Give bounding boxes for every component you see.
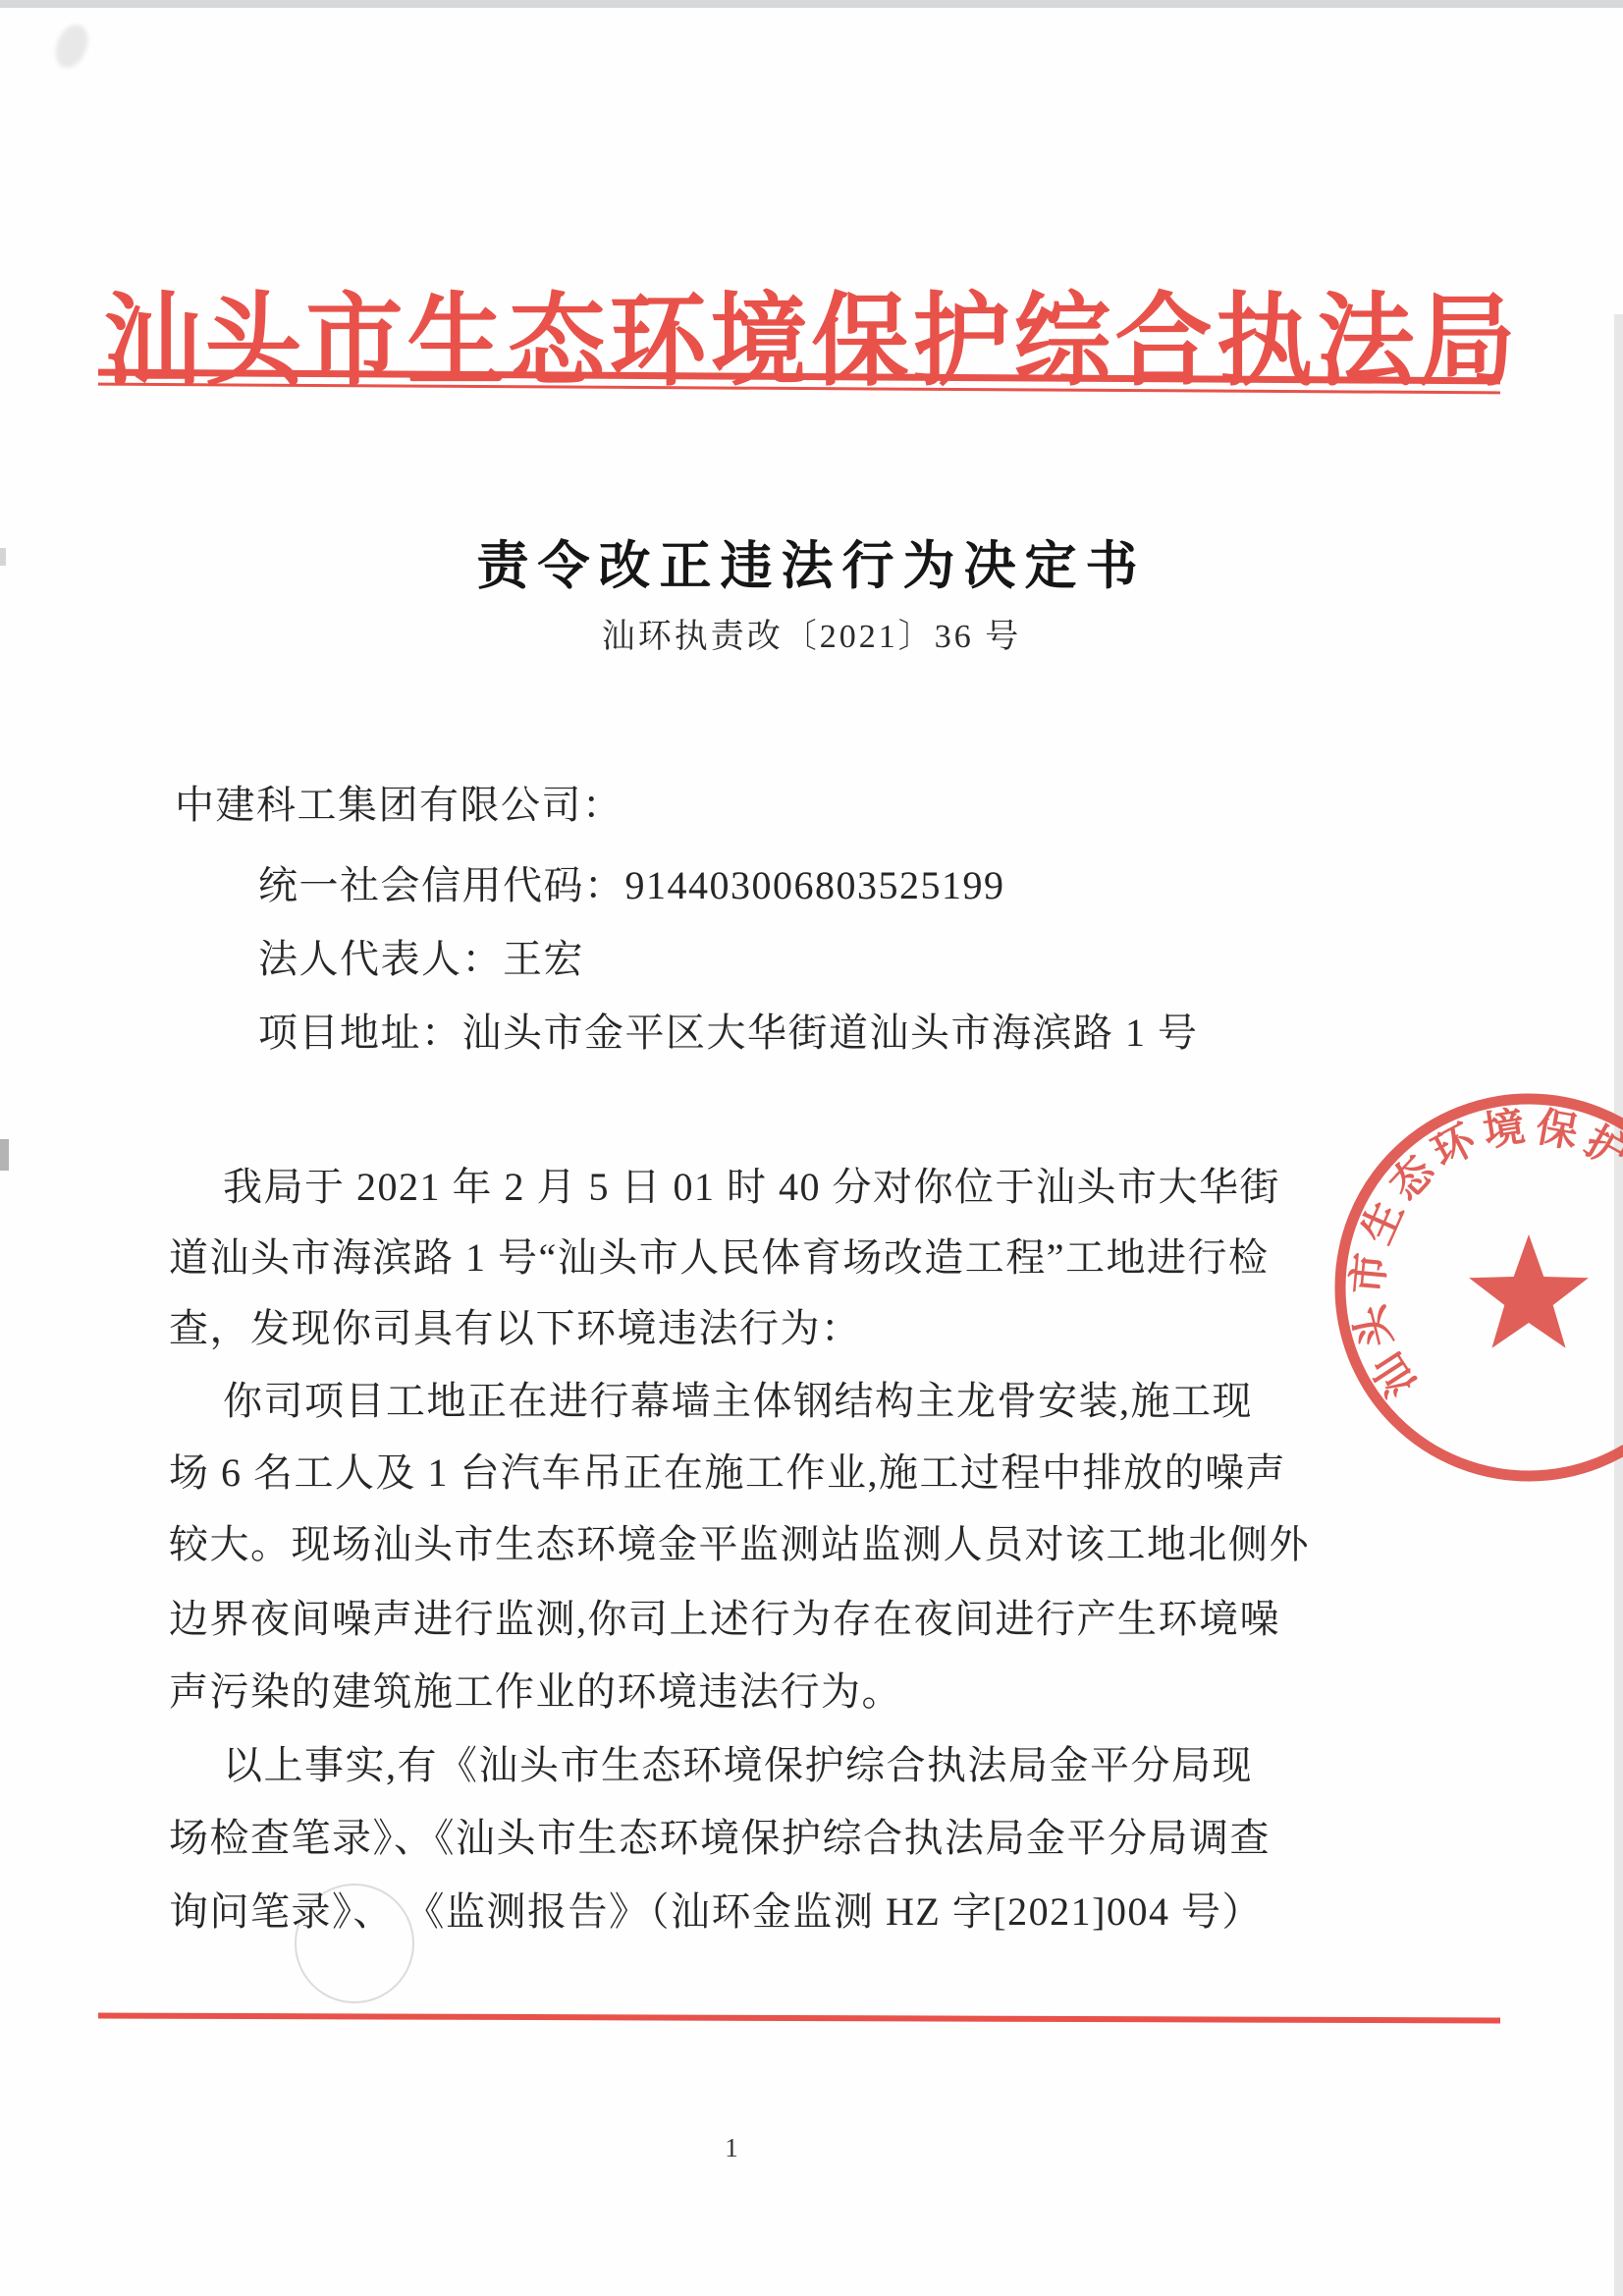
document-title: 责令改正违法行为决定书 <box>0 524 1623 599</box>
body-line: 我局于 2021 年 2 月 5 日 01 时 40 分对你位于汕头市大华街 <box>223 1165 1280 1210</box>
document-number: 汕环执责改〔2021〕36 号 <box>0 609 1623 657</box>
body-line: 查，发现你司具有以下环境违法行为： <box>169 1306 862 1351</box>
scan-artifact-left-mark <box>0 1139 9 1171</box>
body-line: 场检查笔录》、《汕头市生态环境保护综合执法局金平分局调查 <box>169 1816 1271 1861</box>
body-line: 你司项目工地正在进行幕墙主体钢结构主龙骨安装,施工现 <box>223 1379 1253 1424</box>
body-line: 场 6 名工人及 1 台汽车吊正在施工作业,施工过程中排放的噪声 <box>169 1450 1286 1496</box>
seal-star-icon <box>1469 1234 1589 1348</box>
seal-text: 汕头市生态环境保护综合执法局 <box>1345 1104 1623 1407</box>
addressee-line: 中建科工集团有限公司： <box>175 783 623 828</box>
info-line-project-address: 项目地址：汕头市金平区大华街道汕头市海滨路 1 号 <box>258 1011 1199 1056</box>
page-number: 1 <box>0 2133 1463 2163</box>
body-line: 声污染的建筑施工作业的环境违法行为。 <box>169 1669 902 1715</box>
body-line: 道汕头市海滨路 1 号“汕头市人民体育场改造工程”工地进行检 <box>169 1235 1270 1281</box>
scanned-document-page: 汕头市生态环境保护综合执法局 责令改正违法行为决定书 汕环执责改〔2021〕36… <box>0 0 1623 2296</box>
body-line: 较大。现场汕头市生态环境金平监测站监测人员对该工地北侧外 <box>169 1522 1310 1567</box>
body-line: 边界夜间噪声进行监测,你司上述行为存在夜间进行产生环境噪 <box>169 1597 1280 1642</box>
info-line-credit-code: 统一社会信用代码：914403006803525199 <box>258 863 1005 908</box>
footer-rule <box>98 2013 1500 2024</box>
info-line-legal-representative: 法人代表人：王宏 <box>258 937 584 982</box>
scan-artifact-corner-smudge <box>49 20 93 73</box>
official-seal: 汕头市生态环境保护综合执法局 <box>1318 1076 1623 1499</box>
body-line: 询问笔录》、 《监测报告》（汕环金监测 HZ 字[2021]004 号） <box>169 1889 1263 1935</box>
scan-artifact-top-edge <box>0 0 1623 8</box>
body-line: 以上事实,有《汕头市生态环境保护综合执法局金平分局现 <box>223 1743 1253 1788</box>
